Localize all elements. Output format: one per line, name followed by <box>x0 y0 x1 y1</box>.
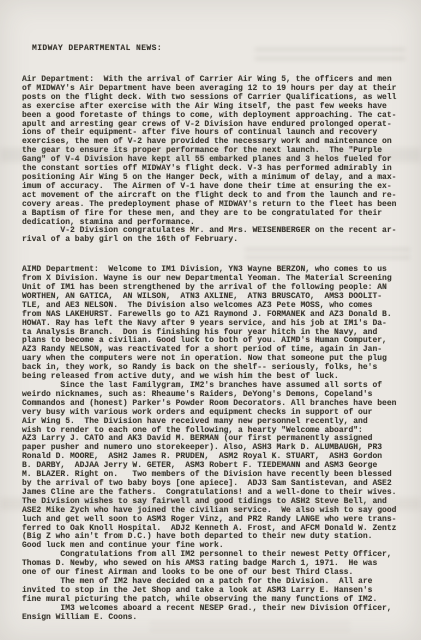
scanned-newsletter-page: MIDWAY DEPARTMENTAL NEWS: Air Department… <box>0 0 421 640</box>
page-title: MIDWAY DEPARTMENTAL NEWS: <box>32 44 407 53</box>
bleedthrough-artifact <box>150 622 350 632</box>
air-department-paragraph: Air Department: With the arrival of Carr… <box>22 76 407 245</box>
bleedthrough-artifact <box>245 248 410 262</box>
aimd-department-paragraph: AIMD Department: Welcome to IM1 Division… <box>22 266 407 622</box>
